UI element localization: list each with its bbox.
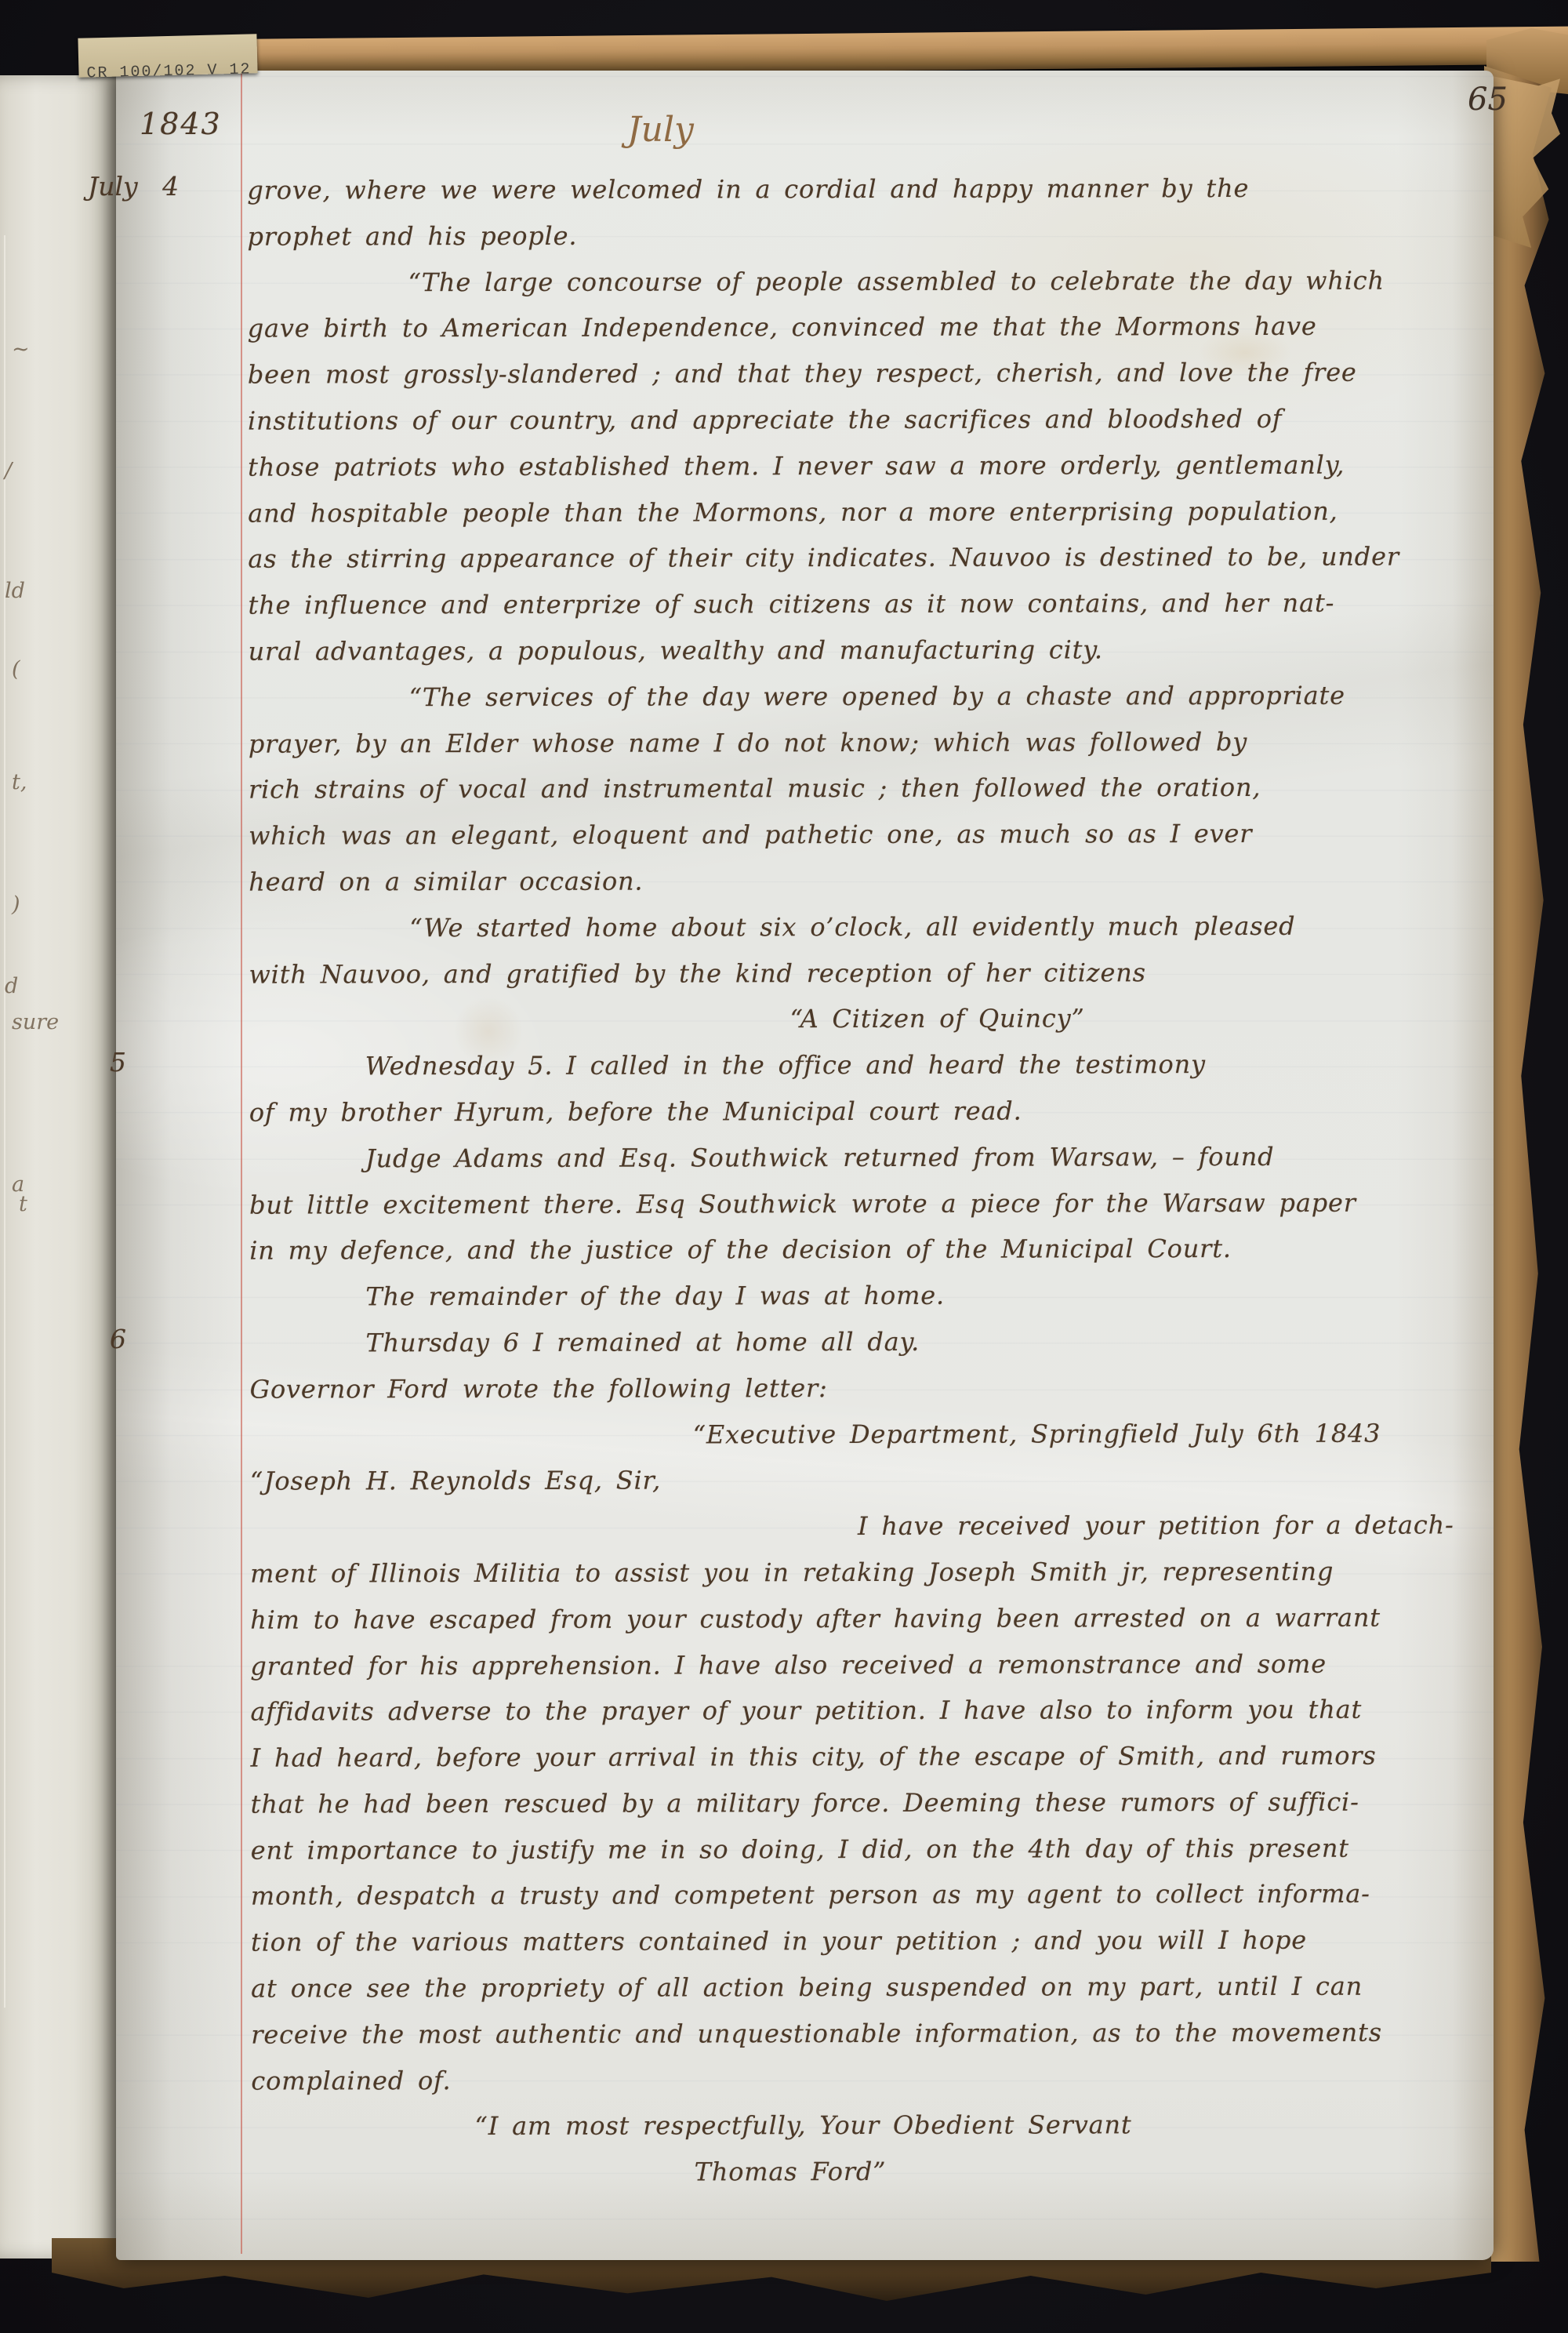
manuscript-line: “A Citizen of Quincy” (790, 995, 1478, 1043)
edge-text-fragment: ~ (12, 337, 30, 362)
manuscript-line: Thomas Ford” (695, 2148, 1480, 2196)
edge-text-fragment: t (19, 1192, 27, 1216)
manuscript-line: with Nauvoo, and gratified by the kind r… (249, 949, 1477, 998)
manuscript-line: which was an elegant, eloquent and pathe… (249, 811, 1477, 859)
manuscript-line: affidavits adverse to the prayer of your… (250, 1687, 1479, 1735)
margin-date: July 4 (88, 171, 179, 202)
manuscript-line: heard on a similar occasion. (249, 856, 1477, 905)
book-top-edge (231, 27, 1568, 77)
manuscript-line: complained of. (251, 2055, 1479, 2104)
manuscript-line: that he had been rescued by a military f… (251, 1779, 1479, 1827)
manuscript-line: “Executive Department, Springfield July … (693, 1410, 1479, 1458)
manuscript-line: at once see the propriety of all action … (251, 1963, 1479, 2011)
facing-page-edge (0, 75, 119, 2259)
manuscript-line: “Joseph H. Reynolds Esq, Sir, (250, 1456, 1479, 1505)
manuscript-line: I have received your petition for a deta… (858, 1502, 1479, 1549)
manuscript-line: gave birth to American Independence, con… (248, 303, 1476, 352)
manuscript-line: tion of the various matters contained in… (251, 1917, 1479, 1966)
manuscript-scan: ~/ld(t,)dsureat CR 100/102 V 12 65 1843 … (0, 0, 1568, 2333)
torn-fore-edge (1484, 66, 1552, 2262)
manuscript-line: I had heard, before your arrival in this… (250, 1732, 1479, 1781)
manuscript-line: rich strains of vocal and instrumental m… (249, 765, 1477, 813)
manuscript-line: ment of Illinois Militia to assist you i… (250, 1548, 1479, 1597)
edge-text-fragment: d (5, 974, 18, 998)
manuscript-line: prayer, by an Elder whose name I do not … (249, 718, 1477, 767)
month-heading: July (627, 110, 694, 150)
manuscript-line: and hospitable people than the Mormons, … (248, 488, 1476, 536)
edge-text-fragment: sure (12, 1010, 59, 1034)
manuscript-line: “We started home about six o’clock, all … (409, 903, 1477, 951)
manuscript-line: in my defence, and the justice of the de… (249, 1226, 1478, 1274)
year-heading: 1843 (140, 107, 222, 141)
manuscript-line: ent importance to justify me in so doing… (251, 1825, 1479, 1873)
manuscript-line: Wednesday 5. I called in the office and … (365, 1041, 1478, 1090)
manuscript-line: grove, where we were welcomed in a cordi… (247, 165, 1475, 213)
manuscript-line: “The large concourse of people assembled… (408, 257, 1476, 306)
edge-text-fragment: ( (12, 657, 20, 681)
manuscript-line: Thursday 6 I remained at home all day. (365, 1317, 1478, 1366)
manuscript-line: ural advantages, a populous, wealthy and… (249, 626, 1477, 674)
edge-text-fragment: t, (12, 770, 27, 794)
manuscript-line: him to have escaped from your custody af… (250, 1594, 1479, 1643)
archive-call-number-label: CR 100/102 V 12 (78, 34, 257, 78)
manuscript-line: “I am most respectfully, Your Obedient S… (474, 2102, 1479, 2149)
manuscript-line: granted for his apprehension. I have als… (250, 1641, 1479, 1689)
manuscript-line: been most grossly-slandered ; and that t… (248, 350, 1476, 398)
red-margin-rule (241, 74, 242, 2254)
manuscript-line: receive the most authentic and unquestio… (251, 2009, 1479, 2058)
margin-date: 5 (110, 1047, 126, 1077)
manuscript-line: “The services of the day were opened by … (409, 672, 1477, 721)
edge-text-fragment: ) (12, 892, 20, 917)
manuscript-line: the influence and enterprize of such cit… (248, 580, 1476, 629)
manuscript-line: month, despatch a trusty and competent p… (251, 1871, 1479, 1920)
margin-date: 6 (110, 1324, 126, 1354)
manuscript-line: prophet and his people. (247, 211, 1475, 260)
manuscript-line: those patriots who established them. I n… (248, 442, 1476, 490)
manuscript-line: but little excitement there. Esq Southwi… (249, 1179, 1478, 1228)
manuscript-line: as the stirring appearance of their city… (248, 534, 1476, 583)
manuscript-line: Governor Ford wrote the following letter… (249, 1364, 1478, 1412)
manuscript-line: Judge Adams and Esq. Southwick returned … (365, 1133, 1478, 1182)
edge-text-fragment: ld (5, 579, 25, 603)
manuscript-line: of my brother Hyrum, before the Municipa… (249, 1087, 1478, 1136)
page-number: 65 (1468, 82, 1508, 118)
edge-text-fragment: / (5, 459, 12, 483)
text-flow: grove, where we were welcomed in a cordi… (247, 165, 1479, 2196)
facing-page-edge-highlight (4, 235, 5, 2008)
manuscript-line: institutions of our country, and appreci… (248, 395, 1476, 444)
manuscript-line: The remainder of the day I was at home. (365, 1271, 1478, 1320)
